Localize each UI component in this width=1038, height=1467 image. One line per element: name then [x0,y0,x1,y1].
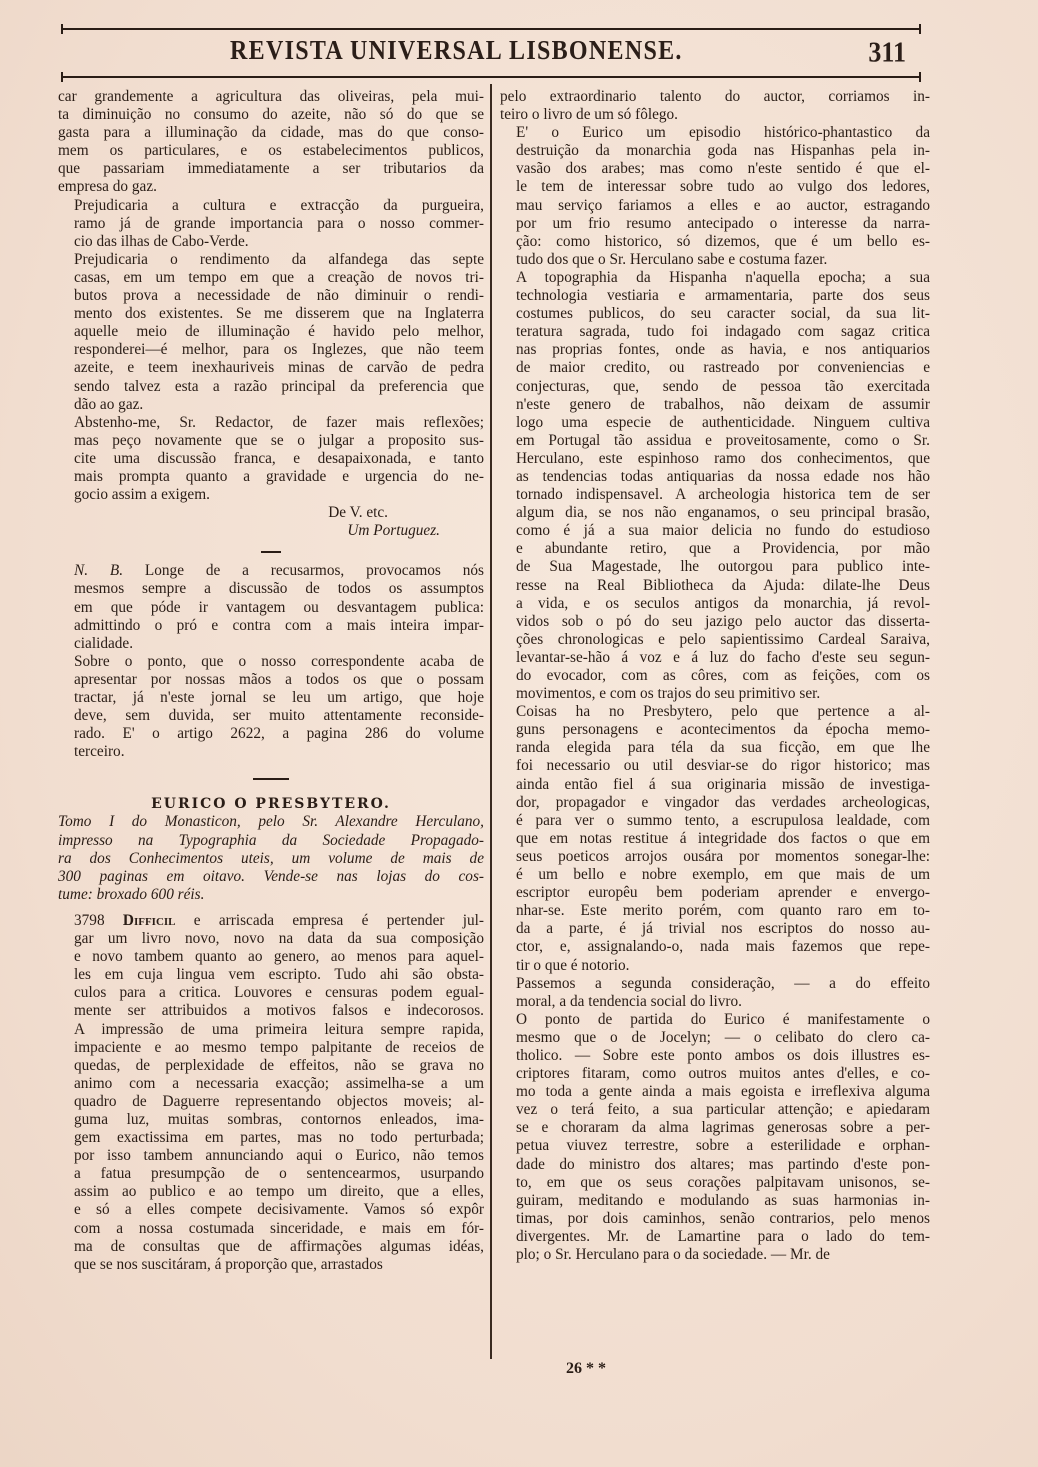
text-line: A impressão de uma primeira leitura semp… [58,1021,484,1039]
text-line: mesmo que o de Jocelyn; — o celibato do … [500,1029,930,1047]
text-line: les em cuja lingua vem escripto. Tudo ah… [58,966,484,984]
text-line: em que póde ir vantagem ou desvantagem p… [58,599,484,617]
text-line: moral, a da tendencia social do livro. [500,993,930,1011]
text-line: com a nossa costumada sinceridade, e mai… [58,1220,484,1238]
text-line: resse na Real Bibliotheca da Ajuda: dila… [500,577,930,595]
article-number: 3798 [74,912,123,929]
paragraph: Prejudicaria a cultura e extracção da pu… [58,197,484,251]
text-line: ção: como historico, só dizemos, que é u… [500,233,930,251]
separator-dash [58,540,484,562]
text-line: admittindo o pró e contra com a mais int… [58,617,484,635]
text-line: seus poeticos arrojos ousára por momento… [500,848,930,866]
text-line: algum dia, se nos não enganamos, o seu p… [500,504,930,522]
text-line: ta diminuição no consumo do azeite, não … [58,106,484,124]
page-number: 311 [868,36,906,69]
text-line: mem os particulares, e os estabeleciment… [58,142,484,160]
text-line: dão ao gaz. [58,396,484,414]
text-line: as tendencias todas antiquarias da nossa… [500,468,930,486]
text-line: Sobre o ponto, que o nosso correspondent… [58,653,484,671]
text-line: guns personagens e acontecimentos da épo… [500,721,930,739]
text-line: deve, sem duvida, ser muito attentamente… [58,707,484,725]
text-line: logo uma especie de authenticidade. Ning… [500,414,930,432]
printer-signature-mark: 26 * * [566,1360,606,1378]
text-line: ma de consultas que de affirmações algum… [58,1238,484,1256]
text-line: O ponto de partida do Eurico é manifesta… [500,1011,930,1029]
text-line: levantar-se-hão á voz e á luz do facho d… [500,649,930,667]
text-line: N. B. Longe de a recusarmos, provocamos … [58,562,484,580]
text-line: guiram, meditando e modulando as suas ha… [500,1192,930,1210]
text-line: mento dos existentes. Se me disserem que… [58,305,484,323]
text-line: azeite, e teem inexhauriveis minas de ca… [58,359,484,377]
text-line: costumes publicos, do seu caracter socia… [500,305,930,323]
text-line: vidos sob o pó do seu jazigo pelo auctor… [500,613,930,631]
text-line: sendo talvez esta a razão principal da p… [58,378,484,396]
text-line: casas, em um tempo em que a creação de n… [58,269,484,287]
left-column: car grandemente a agricultura das olivei… [58,88,484,1274]
paragraph: Abstenho-me, Sr. Redactor, de fazer mais… [58,414,484,504]
text-line: Tomo I do Monasticon, pelo Sr. Alexandre… [76,813,484,831]
text-line: petua viuvez terrestre, sobre a esterili… [500,1137,930,1155]
text-line: 3798 Difficil e arriscada empresa é pert… [58,912,484,930]
text-line: Coisas ha no Presbytero, pelo que perten… [500,703,930,721]
text-line: tir o que é notorio. [500,957,930,975]
text-line: cialidade. [58,635,484,653]
text-line: por um frio resumo antecipado o interess… [500,215,930,233]
text-line: car grandemente a agricultura das olivei… [58,88,484,106]
text-line: Herculano, este espinhoso ramo dos conhe… [500,450,930,468]
text-line: que em notas restitue á integridade dos … [500,830,930,848]
book-info: Tomo I do Monasticon, pelo Sr. Alexandre… [58,813,484,903]
text-line: a fatua presumpção de o sentencearmos, u… [58,1165,484,1183]
text-line: ramo já de grande importancia para o nos… [58,215,484,233]
text-line: le tem de interessar sobre tudo ao vulgo… [500,178,930,196]
text-line: butos prova a necessidade de não diminui… [58,287,484,305]
text-line: é para ver o summo tento, a escrupulosa … [500,812,930,830]
text-line: to, em que os seus corações palpitavam u… [500,1174,930,1192]
paragraph: Coisas ha no Presbytero, pelo que perten… [500,703,930,974]
nota-bene-label: N. B. [74,562,145,579]
text-line: apresentar por nossas mãos a todos os qu… [58,671,484,689]
text-line: criptores fitaram, como outros muitos an… [500,1065,930,1083]
text-line: foi necessario ou util desviar-se do rig… [500,757,930,775]
section-title: EURICO O PRESBYTERO. [58,795,484,813]
text-line: e novo tambem quanto ao genero, ao menos… [58,948,484,966]
text-line: quadro de Daguerre representando objecto… [58,1093,484,1111]
text-line: que passariam immediatamente a ser tribu… [58,160,484,178]
text-line: assim ao publico e ao tempo um direito, … [58,1183,484,1201]
text-line: dor, propagador e vingador das verdades … [500,794,930,812]
text-line: 300 paginas em oitavo. Vende-se nas loja… [76,868,484,886]
article-paragraph: 3798 Difficil e arriscada empresa é pert… [58,912,484,1274]
text-line: cio das ilhas de Cabo-Verde. [58,233,484,251]
text-line: plo; o Sr. Herculano para o da sociedade… [500,1246,930,1264]
paragraph: Prejudicaria o rendimento da alfandega d… [58,251,484,414]
text-line: randa elegida para téla da sua ficção, e… [500,739,930,757]
text-line: que se nos suscitáram, á proporção que, … [58,1256,484,1274]
text-line: conjecturas, que, sendo de pessoa tão ex… [500,378,930,396]
separator-rule [58,767,484,789]
text-line: a vida, e os seculos antigos da monarchi… [500,595,930,613]
journal-title: REVISTA UNIVERSAL LISBONENSE. [230,36,683,67]
text-line: nas proprias fontes, onde as havia, e no… [500,341,930,359]
paragraph: Passemos a segunda consideração, — a do … [500,975,930,1011]
text-line: ções chronologicas e pelo sapientissimo … [500,631,930,649]
article-first-word: Difficil [123,912,194,929]
text-line: destruição da monarchia goda nas Hispanh… [500,142,930,160]
text-line: teratura sagrada, tudo foi indagado com … [500,323,930,341]
paragraph: car grandemente a agricultura das olivei… [58,88,484,197]
text-line: divergentes. Mr. de Lamartine para o lad… [500,1228,930,1246]
right-column: pelo extraordinario talento do auctor, c… [500,88,930,1264]
text-line: e abundante retiro, que a Providencia, p… [500,540,930,558]
text-line: por isso tambem annunciando aqui o Euric… [58,1147,484,1165]
paragraph: A topographia da Hispanha n'aquella epoc… [500,269,930,703]
signature-greeting: De V. etc. [58,504,484,522]
text-line: technologia vestiaria e armamentaria, pa… [500,287,930,305]
text-line: cite uma discussão franca, e desapaixona… [58,450,484,468]
text-line: do evocador, com as côres, com as feiçõe… [500,667,930,685]
text-line: rado. E' o artigo 2622, a pagina 286 do … [58,725,484,743]
text-line: de maior credito, ou rastreado por conve… [500,359,930,377]
text-line: Abstenho-me, Sr. Redactor, de fazer mais… [58,414,484,432]
text-line: pelo extraordinario talento do auctor, c… [500,88,930,106]
text-line: guma luz, muitas sombras, contornos enle… [58,1111,484,1129]
text-line: teiro o livro de um só fôlego. [500,106,930,124]
header-rule-top [62,28,920,30]
running-header: REVISTA UNIVERSAL LISBONENSE. 311 [62,34,920,74]
column-divider [490,84,492,1359]
text-line: quedas, de perplexidade de effeitos, não… [58,1057,484,1075]
text-line: aquelle meio de illuminação é havido pel… [58,323,484,341]
text-line: tornado indispensavel. A archeologia his… [500,486,930,504]
text-line: animo com a necessaria exacção; assimelh… [58,1075,484,1093]
paragraph: E' o Eurico um episodio histórico-phanta… [500,124,930,269]
text-line: ainda então fiel á sua originaria missão… [500,776,930,794]
header-rule-bottom [62,76,920,78]
text-line: mo toda a gente ainda a mais egoista e i… [500,1083,930,1101]
text-line: responderei—é melhor, para os Inglezes, … [58,341,484,359]
text-line: Prejudicaria o rendimento da alfandega d… [58,251,484,269]
text-line: gem exactissima em partes, mas no todo p… [58,1129,484,1147]
text-line: e só a elles compete decisivamente. Vamo… [58,1201,484,1219]
text-line: vasão dos arabes; mas como n'este sentid… [500,160,930,178]
text-line: empresa do gaz. [58,178,484,196]
paragraph: pelo extraordinario talento do auctor, c… [500,88,930,124]
text-line: Passemos a segunda consideração, — a do … [500,975,930,993]
text-line: culos para a critica. Louvores e censura… [58,984,484,1002]
text-line: tume: broxado 600 réis. [76,886,484,904]
nota-bene-paragraph: N. B. Longe de a recusarmos, provocamos … [58,562,484,652]
text-line: impaciente e ao mesmo tempo palpitante d… [58,1039,484,1057]
text-line: se e choraram da alma lagrimas generosas… [500,1119,930,1137]
paragraph: Sobre o ponto, que o nosso correspondent… [58,653,484,762]
text-line: movimentos, e com os trajos do seu primi… [500,685,930,703]
text-line: da a parte, é já trivial nos escriptos d… [500,920,930,938]
text-line: dade do ministro dos altares; mas partin… [500,1156,930,1174]
text-line: gocio assim a exigem. [58,486,484,504]
text-line: mesmos sempre a discussão de todos os as… [58,580,484,598]
text-line: ctor, e, assignalando-o, nada mais fazem… [500,938,930,956]
text-line: vez o terá feito, a sua particular atten… [500,1101,930,1119]
text-line: tractar, já n'este jornal se leu um arti… [58,689,484,707]
text-line: timas, por dois caminhos, senão contrari… [500,1210,930,1228]
text-line: tholico. — Sobre este ponto ambos os doi… [500,1047,930,1065]
signature-author: Um Portuguez. [58,522,484,540]
text-line: escriptor europêu bem poderiam aprender … [500,884,930,902]
text-line: como é já a sua maior delicia no fundo d… [500,522,930,540]
paragraph: O ponto de partida do Eurico é manifesta… [500,1011,930,1264]
text-line: A topographia da Hispanha n'aquella epoc… [500,269,930,287]
text-line: de Sua Magestade, lhe outorgou para publ… [500,558,930,576]
text-line: mais prompta quanto a gravidade e urgenc… [58,468,484,486]
text-line: terceiro. [58,743,484,761]
text-line: mente ser attribuidos a motivos falsos e… [58,1002,484,1020]
text-line: gasta para a illuminação da cidade, mas … [58,124,484,142]
text-line: em Portugal tão assidua e proveitosament… [500,432,930,450]
text-line: gar um livro novo, novo na data da sua c… [58,930,484,948]
text-line: é um bello e nobre exemplo, em que mais … [500,866,930,884]
text-line: Prejudicaria a cultura e extracção da pu… [58,197,484,215]
text-line: nhar-se. Este merito porém, com quanto r… [500,902,930,920]
text-line: E' o Eurico um episodio histórico-phanta… [500,124,930,142]
text-line: impresso na Typographia da Sociedade Pro… [76,832,484,850]
text-line: ra dos Conhecimentos uteis, um volume de… [76,850,484,868]
text-line: mas peço novamente que se o julgar a pro… [58,432,484,450]
text-line: n'este genero de trabalhos, não deixam d… [500,396,930,414]
text-line: tudo dos que o Sr. Herculano sabe e cost… [500,251,930,269]
text-line: mau serviço fariamos a elles e ao auctor… [500,197,930,215]
